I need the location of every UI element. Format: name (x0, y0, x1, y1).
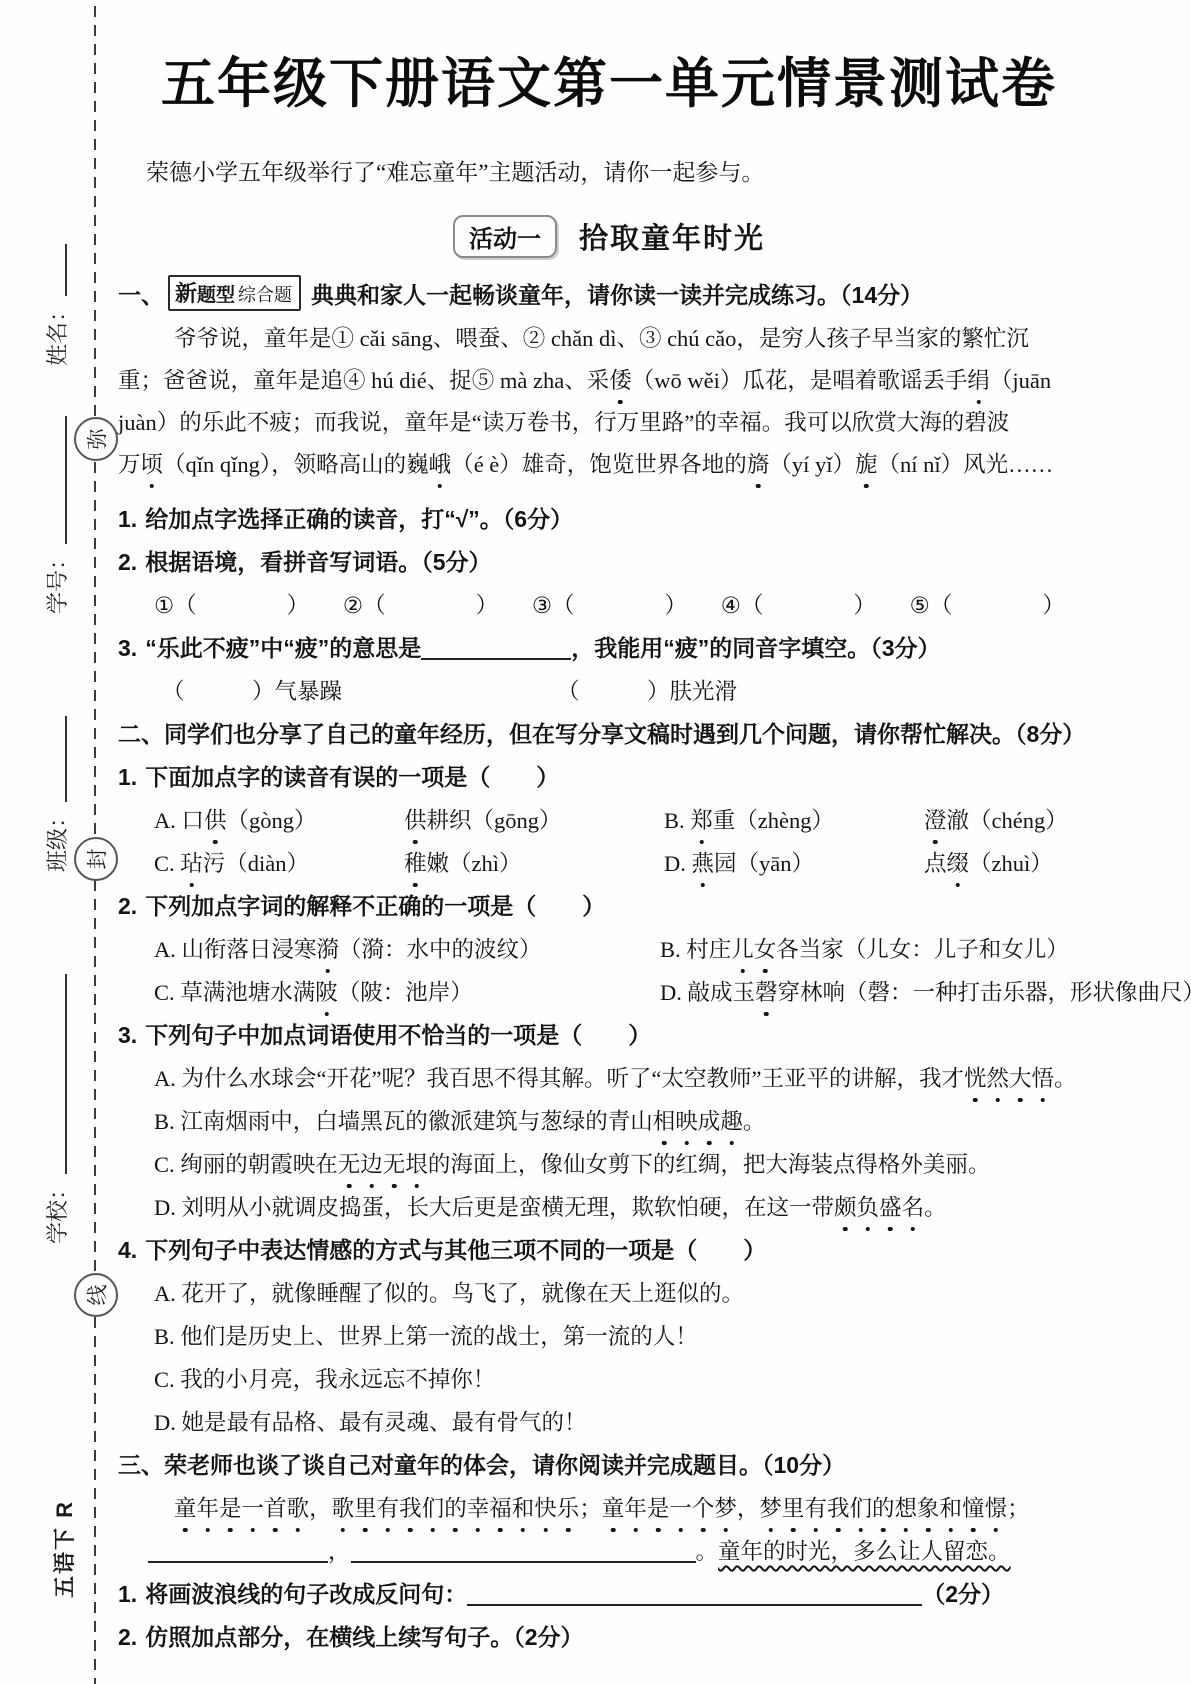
option-c2: 稚嫩（zhì） (404, 842, 664, 885)
s3-passage-line-1: 童年是一首歌，歌里有我们的幸福和快乐；童年是一个梦，梦里有我们的想象和憧憬； (118, 1487, 1100, 1530)
seal-field-school-label: 学校： (41, 1178, 72, 1244)
activity-title: 拾取童年时光 (579, 216, 765, 257)
s1-q1-stem: 1.给加点字选择正确的读音，打“√”。（6分） (118, 498, 1100, 541)
s2-q2-stem: 2.下列加点字词的解释不正确的一项是（ ） (118, 885, 1100, 928)
option-a: A. 口供（gòng） (154, 799, 404, 842)
seal-field-school: 学校： (42, 954, 70, 1244)
seal-field-student-no-label: 学号： (41, 548, 72, 614)
s2-q4-option-d: D. 她是最有品格、最有灵魂、最有骨气的！ (118, 1401, 1100, 1444)
s2-q4-option-a: A. 花开了，就像睡醒了似的。鸟飞了，就像在天上逛似的。 (118, 1272, 1100, 1315)
seal-field-name-blank (45, 244, 67, 296)
page-title: 五年级下册语文第一单元情景测试卷 (118, 44, 1100, 124)
activity-badge: 活动一 (453, 215, 557, 258)
option-d2: 点缀（zhuì） (924, 842, 1100, 885)
s2-q2-options-row-1: A. 山衔落日浸寒漪（漪：水中的波纹） B. 村庄儿女各当家（儿女：儿子和女儿） (118, 928, 1100, 971)
option-d: D. 敲成玉磬穿林响（磬：一种打击乐器，形状像曲尺） (660, 971, 1191, 1014)
section-3-heading: 三、荣老师也谈了谈自己对童年的体会，请你阅读并完成题目。（10分） (118, 1444, 1100, 1487)
seal-char-feng: 封 (74, 837, 118, 881)
test-paper: 五年级下册语文第一单元情景测试卷 荣德小学五年级举行了“难忘童年”主题活动，请你… (118, 0, 1100, 1659)
option-b2: 澄澈（chéng） (924, 799, 1100, 842)
s3-q2-stem: 2.仿照加点部分，在横线上续写句子。（2分） (118, 1616, 1100, 1659)
s2-q2-options-row-2: C. 草满池塘水满陂（陂：池岸） D. 敲成玉磬穿林响（磬：一种打击乐器，形状像… (118, 971, 1100, 1014)
seal-field-class-label: 班级： (41, 806, 72, 872)
s2-q1-options-row-1: A. 口供（gòng） 供耕织（gōng） B. 郑重（zhèng） 澄澈（ch… (118, 799, 1100, 842)
s2-q1-stem: 1.下面加点字的读音有误的一项是（ ） (118, 756, 1100, 799)
option-d: D. 燕园（yān） (664, 842, 924, 885)
option-c: C. 玷污（diàn） (154, 842, 404, 885)
seal-field-school-blank (45, 974, 67, 1174)
seal-field-student-no-blank (45, 416, 67, 544)
option-b: B. 村庄儿女各当家（儿女：儿子和女儿） (660, 928, 1100, 971)
edition-label: 五语下 R (48, 1428, 79, 1598)
s1-q2-stem: 2.根据语境，看拼音写词语。（5分） (118, 541, 1100, 584)
seal-field-name-label: 姓名： (41, 300, 72, 366)
section-1-number: 一、 (118, 277, 164, 310)
passage-line: 万顷（qǐn qǐng），领略高山的巍峨（é è）雄奇，饱览世界各地的旖（yí … (118, 444, 1100, 486)
intro-text: 荣德小学五年级举行了“难忘童年”主题活动，请你一起参与。 (118, 158, 1100, 188)
section-1-passage: 爷爷说，童年是① cǎi sāng、喂蚕、② chǎn dì、③ chú cǎo… (118, 318, 1100, 486)
s1-q3-answer-row: （ ）气暴躁（ ）肤光滑 (118, 670, 1100, 713)
passage-line: 爷爷说，童年是① cǎi sāng、喂蚕、② chǎn dì、③ chú cǎo… (118, 318, 1100, 360)
s2-q3-option-c: C. 绚丽的朝霞映在无边无垠的海面上，像仙女剪下的红绸，把大海装点得格外美丽。 (118, 1143, 1100, 1186)
passage-line: 重；爸爸说，童年是追④ hú dié、捉⑤ mà zha、采倭（wō wěi）瓜… (118, 360, 1100, 402)
option-c: C. 草满池塘水满陂（陂：池岸） (154, 971, 660, 1014)
s2-q1-options-row-2: C. 玷污（diàn） 稚嫩（zhì） D. 燕园（yān） 点缀（zhuì） (118, 842, 1100, 885)
activity-header: 活动一 拾取童年时光 (118, 214, 1100, 258)
s3-q1-stem: 1.将画波浪线的句子改成反问句：（2分） (118, 1573, 1100, 1616)
seal-field-student-no: 学号： (42, 402, 70, 614)
new-question-type-tag: 新 题型 综合题 (168, 275, 301, 311)
s2-q3-option-a: A. 为什么水球会“开花”呢？我百思不得其解。听了“太空教师”王亚平的讲解，我才… (118, 1057, 1100, 1100)
seal-field-name: 姓名： (42, 232, 70, 366)
seal-field-class: 班级： (42, 698, 70, 872)
seal-field-class-blank (45, 716, 67, 802)
s2-q3-stem: 3.下列句子中加点词语使用不恰当的一项是（ ） (118, 1014, 1100, 1057)
s3-passage-line-2: ，。童年的时光，多么让人留恋。 (118, 1530, 1100, 1573)
seal-char-mi: 弥 (74, 417, 118, 461)
seal-char-xian: 线 (74, 1273, 118, 1317)
s2-q4-option-c: C. 我的小月亮，我永远忘不掉你！ (118, 1358, 1100, 1401)
s2-q3-option-b: B. 江南烟雨中，白墙黑瓦的徽派建筑与葱绿的青山相映成趣。 (118, 1100, 1100, 1143)
section-1-stem: 典典和家人一起畅谈童年，请你读一读并完成练习。（14分） (311, 277, 923, 310)
option-a2: 供耕织（gōng） (404, 799, 664, 842)
s2-q4-option-b: B. 他们是历史上、世界上第一流的战士，第一流的人！ (118, 1315, 1100, 1358)
s2-q3-option-d: D. 刘明从小就调皮捣蛋，长大后更是蛮横无理，欺软怕硬，在这一带颇负盛名。 (118, 1186, 1100, 1229)
section-1-heading: 一、 新 题型 综合题 典典和家人一起畅谈童年，请你读一读并完成练习。（14分） (118, 274, 1100, 312)
section-2-heading: 二、同学们也分享了自己的童年经历，但在写分享文稿时遇到几个问题，请你帮忙解决。（… (118, 713, 1100, 756)
option-a: A. 山衔落日浸寒漪（漪：水中的波纹） (154, 928, 660, 971)
s2-q4-stem: 4.下列句子中表达情感的方式与其他三项不同的一项是（ ） (118, 1229, 1100, 1272)
s1-q3-stem: 3.“乐此不疲”中“疲”的意思是，我能用“疲”的同音字填空。（3分） (118, 627, 1100, 670)
option-b: B. 郑重（zhèng） (664, 799, 924, 842)
s1-q2-answer-row: ①（ ） ②（ ） ③（ ） ④（ ） ⑤（ ） (118, 584, 1100, 627)
passage-line: juàn）的乐此不疲；而我说，童年是“读万卷书，行万里路”的幸福。我可以欣赏大海… (118, 402, 1100, 444)
